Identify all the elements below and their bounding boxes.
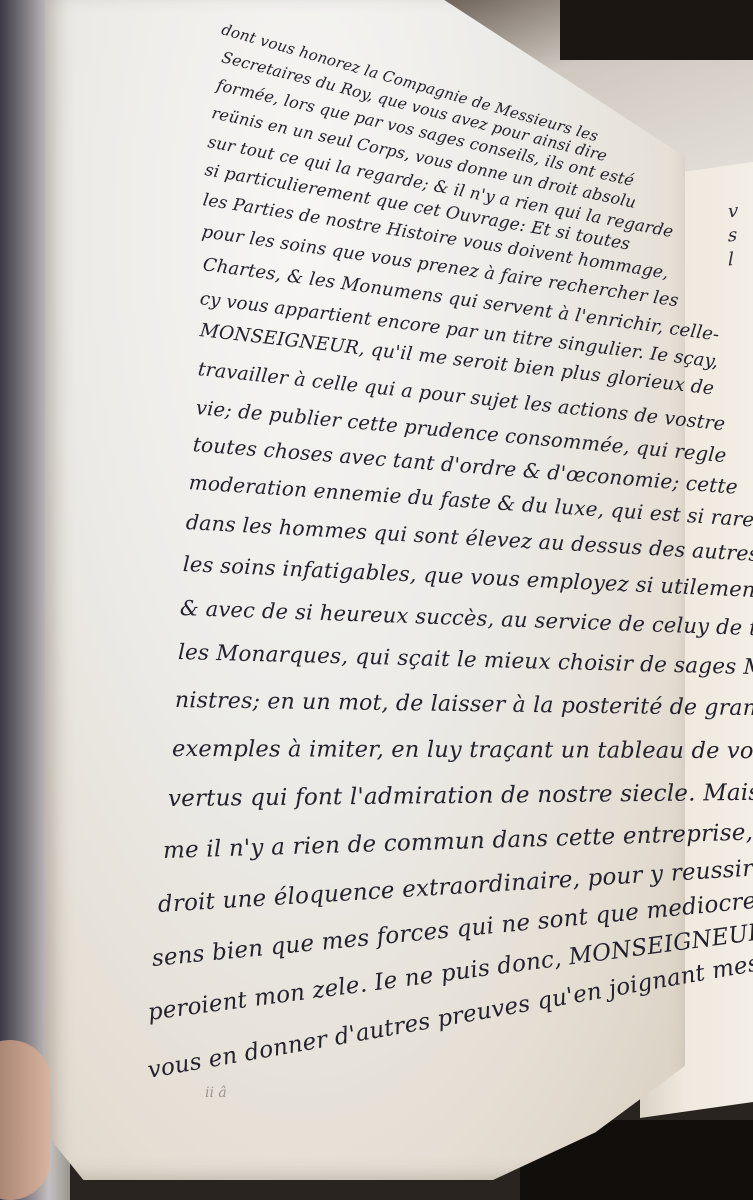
text-line: & avec de si heureux succès, au service … (180, 596, 753, 641)
show-through-marks: ii â (205, 1085, 265, 1125)
text-line: nistres; en un mot, de laisser à la post… (175, 688, 753, 721)
text-line: exemples à imiter, en luy traçant un tab… (172, 736, 753, 764)
text-line: me il n'y a rien de commun dans cette en… (163, 817, 753, 864)
text-line: vertus qui font l'admiration de nostre s… (168, 779, 753, 812)
text-line: les Monarques, qui sçait le mieux choisi… (178, 640, 753, 681)
page-text: dont vous honorez la Compagnie de Messie… (0, 0, 753, 1200)
